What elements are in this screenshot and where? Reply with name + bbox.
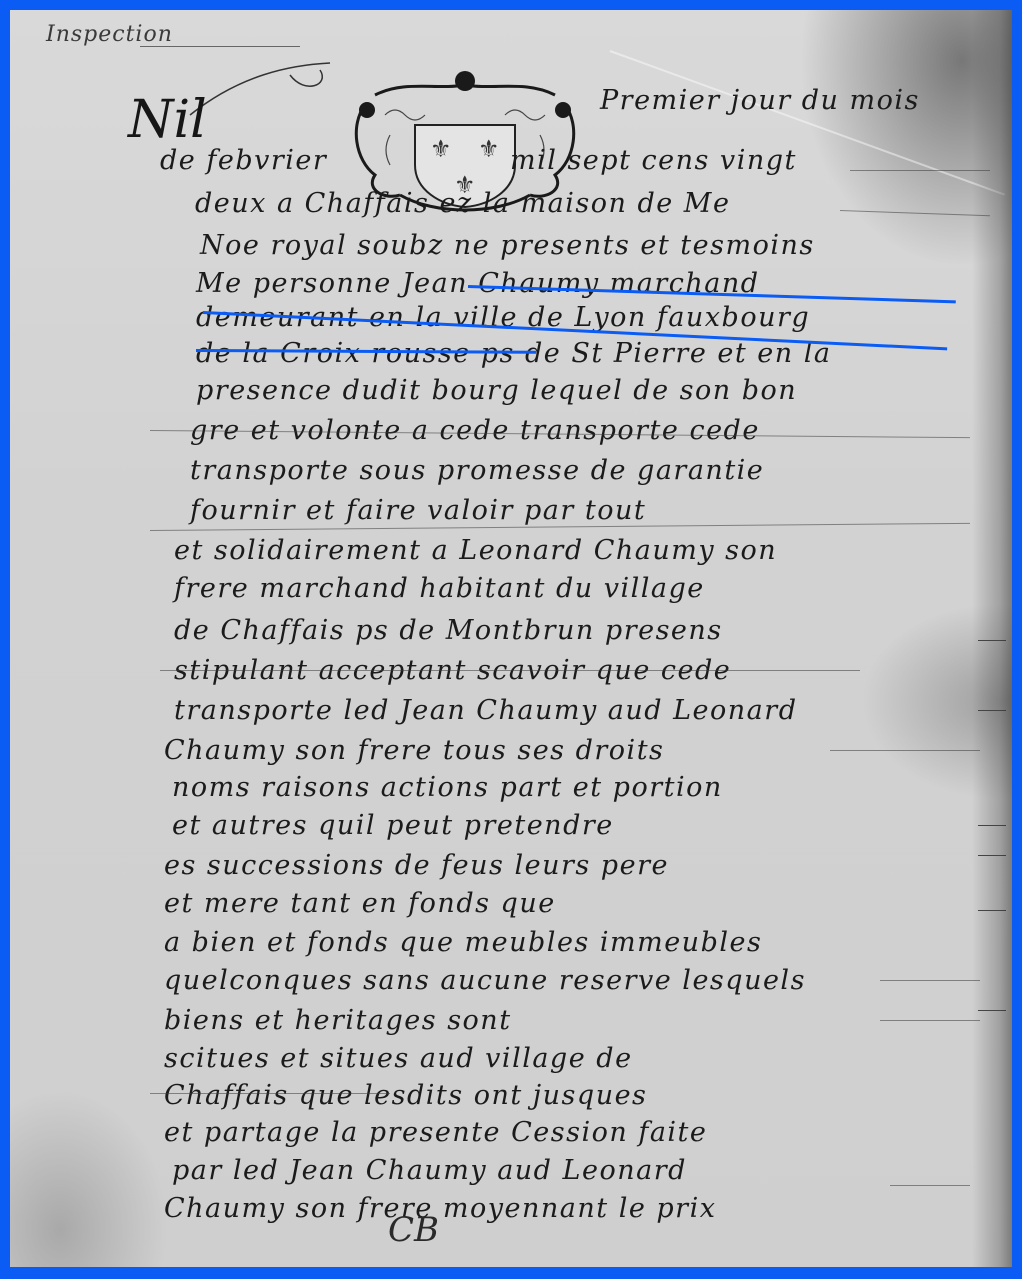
text-line: a bien et fonds que meubles immeubles [164, 927, 762, 958]
line-filler-rule [880, 980, 980, 981]
text-line: scitues et situes aud village de [164, 1043, 633, 1074]
text-line: de febvrier [160, 145, 327, 176]
initials-signature: CB [388, 1210, 439, 1250]
line-filler-rule [160, 670, 860, 671]
margin-tick [978, 710, 1006, 711]
text-line: es successions de feus leurs pere [164, 850, 669, 881]
manuscript-page: Inspection Nil ⚜ ⚜ ⚜ Prem [10, 10, 1012, 1267]
margin-tick [978, 855, 1006, 856]
margin-tick [978, 910, 1006, 911]
text-line: presence dudit bourg lequel de son bon [196, 375, 797, 406]
line-filler-rule [850, 170, 990, 171]
svg-text:⚜: ⚜ [478, 135, 500, 163]
text-line: deux a Chaffais ez la maison de Me [195, 188, 730, 219]
text-line: frere marchand habitant du village [174, 573, 705, 604]
text-line: et autres quil peut pretendre [172, 810, 614, 841]
margin-tick [978, 825, 1006, 826]
text-line: quelconques sans aucune reserve lesquels [164, 965, 806, 996]
text-line: fournir et faire valoir par tout [190, 495, 646, 526]
text-line: Chaumy son frere moyennant le prix [164, 1193, 716, 1224]
margin-tick [978, 640, 1006, 641]
line-filler-rule [840, 210, 990, 216]
text-line: biens et heritages sont [164, 1005, 512, 1036]
text-line: Chaumy son frere tous ses droits [164, 735, 664, 766]
line-filler-rule [880, 1020, 980, 1021]
text-line: de Chaffais ps de Montbrun presens [174, 615, 723, 646]
svg-text:⚜: ⚜ [430, 135, 452, 163]
text-line: transporte led Jean Chaumy aud Leonard [174, 695, 797, 726]
line-filler-rule [150, 1093, 390, 1094]
text-line: par led Jean Chaumy aud Leonard [172, 1155, 687, 1186]
text-line: transporte sous promesse de garantie [190, 455, 764, 486]
text-line: Noe royal soubz ne presents et tesmoins [200, 230, 815, 261]
text-line: Premier jour du mois [600, 85, 920, 116]
line-filler-rule [830, 750, 980, 751]
text-line: et mere tant en fonds que [164, 888, 556, 919]
incipit-title: Nil [128, 90, 207, 150]
margin-note-rule [140, 46, 300, 47]
margin-note: Inspection [46, 22, 173, 47]
text-line: mil sept cens vingt [510, 145, 797, 176]
text-line: et solidairement a Leonard Chaumy son [174, 535, 777, 566]
line-filler-rule [890, 1185, 970, 1186]
margin-tick [978, 1010, 1006, 1011]
text-line: et partage la presente Cession faite [164, 1117, 707, 1148]
text-line: Chaffais que lesdits ont jusques [164, 1080, 647, 1111]
text-line: noms raisons actions part et portion [172, 772, 723, 803]
